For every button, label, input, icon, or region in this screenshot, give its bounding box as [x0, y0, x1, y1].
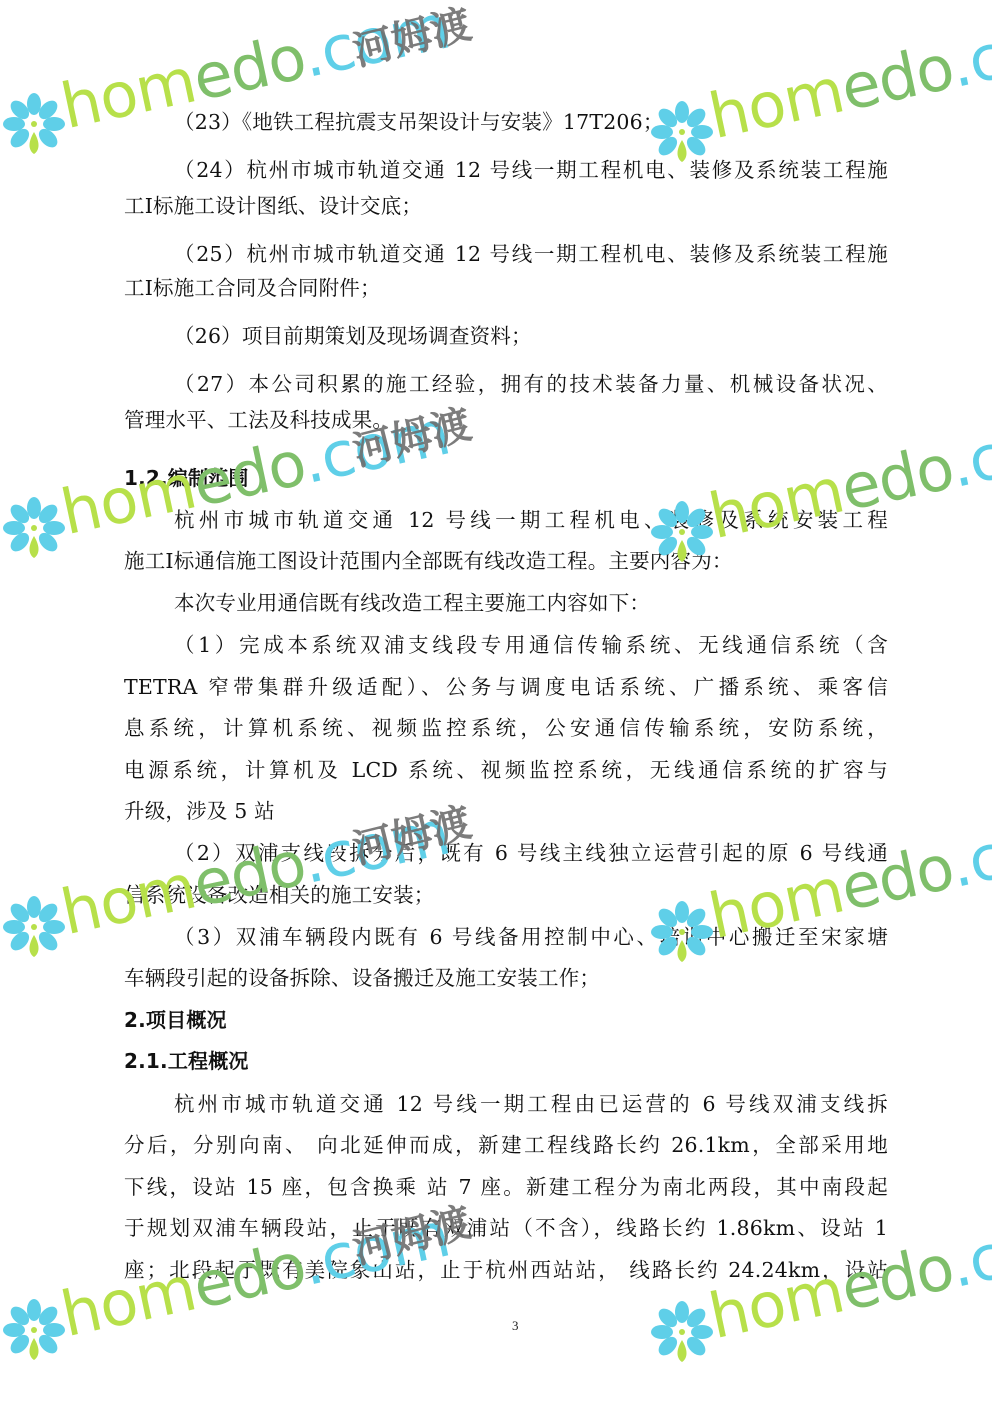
scope-intro: 本次专业用通信既有线改造工程主要施工内容如下：: [124, 589, 888, 617]
overview-paragraph-line1: 杭州市城市轨道交通 12 号线一期工程由已运营的 6 号线双浦支线拆: [124, 1090, 888, 1118]
flower-logo-icon: [2, 496, 66, 560]
scope-item-1-line4: 电源系统，计算机及 LCD 系统、视频监控系统，无线通信系统的扩容与: [124, 756, 888, 784]
reference-item-25-line2: 工Ⅰ标施工合同及合同附件；: [124, 274, 888, 302]
overview-paragraph-line3: 下线，设站 15 座，包含换乘 站 7 座。新建工程分为南北两段，其中南段起: [124, 1173, 888, 1201]
scope-item-1-line2: TETRA 窄带集群升级适配）、公务与调度电话系统、广播系统、乘客信: [124, 673, 888, 701]
watermark-cn-text: 河姆渡: [346, 0, 476, 77]
section-heading-2-1: 2.1.工程概况: [124, 1047, 888, 1075]
scope-item-3-line1: （3）双浦车辆段内既有 6 号线备用控制中心、培训中心搬迁至宋家塘: [124, 923, 888, 951]
document-page: （23）《地铁工程抗震支吊架设计与安装》17T206； （24）杭州市城市轨道交…: [0, 0, 992, 1403]
scope-item-1-line1: （1）完成本系统双浦支线段专用通信传输系统、无线通信系统（含: [124, 631, 888, 659]
flower-logo-icon: [2, 895, 66, 959]
reference-item-27-line2: 管理水平、工法及科技成果。: [124, 406, 888, 434]
section-heading-1-2: 1.2.编制范围: [124, 464, 888, 492]
overview-paragraph-line4: 于规划双浦车辆段站，止于既有双浦站（不含），线路长约 1.86km、设站 1: [124, 1214, 888, 1242]
reference-item-26: （26）项目前期策划及现场调查资料；: [124, 322, 888, 350]
flower-logo-icon: [2, 1298, 66, 1362]
scope-item-1-line5: 升级，涉及 5 站: [124, 797, 888, 825]
section-heading-2: 2.项目概况: [124, 1006, 888, 1034]
overview-paragraph-line5: 座；北段起于既有美院象山站，止于杭州西站站， 线路长约 24.24km，设站: [124, 1256, 888, 1284]
scope-item-2-line1: （2）双浦支线段拆分后，既有 6 号线主线独立运营引起的原 6 号线通: [124, 839, 888, 867]
flower-logo-icon: [650, 1300, 714, 1364]
scope-item-3-line2: 车辆段引起的设备拆除、设备搬迁及施工安装工作；: [124, 964, 888, 992]
page-number: 3: [512, 1318, 519, 1334]
overview-paragraph-line2: 分后，分别向南、 向北延伸而成，新建工程线路长约 26.1km，全部采用地: [124, 1131, 888, 1159]
reference-item-25-line1: （25）杭州市城市轨道交通 12 号线一期工程机电、装修及系统装工程施: [124, 240, 888, 268]
reference-item-24-line2: 工Ⅰ标施工设计图纸、设计交底；: [124, 192, 888, 220]
reference-item-23: （23）《地铁工程抗震支吊架设计与安装》17T206；: [124, 108, 888, 136]
scope-paragraph-line1: 杭州市城市轨道交通 12 号线一期工程机电、装修及系统安装工程: [124, 506, 888, 534]
scope-paragraph-line2: 施工Ⅰ标通信施工图设计范围内全部既有线改造工程。主要内容为：: [124, 547, 888, 575]
scope-item-2-line2: 信系统设备改造相关的施工安装；: [124, 881, 888, 909]
flower-logo-icon: [2, 92, 66, 156]
reference-item-27-line1: （27）本公司积累的施工经验，拥有的技术装备力量、机械设备状况、: [124, 370, 888, 398]
reference-item-24-line1: （24）杭州市城市轨道交通 12 号线一期工程机电、装修及系统装工程施: [124, 156, 888, 184]
scope-item-1-line3: 息系统，计算机系统、视频监控系统，公安通信传输系统，安防系统，: [124, 714, 888, 742]
